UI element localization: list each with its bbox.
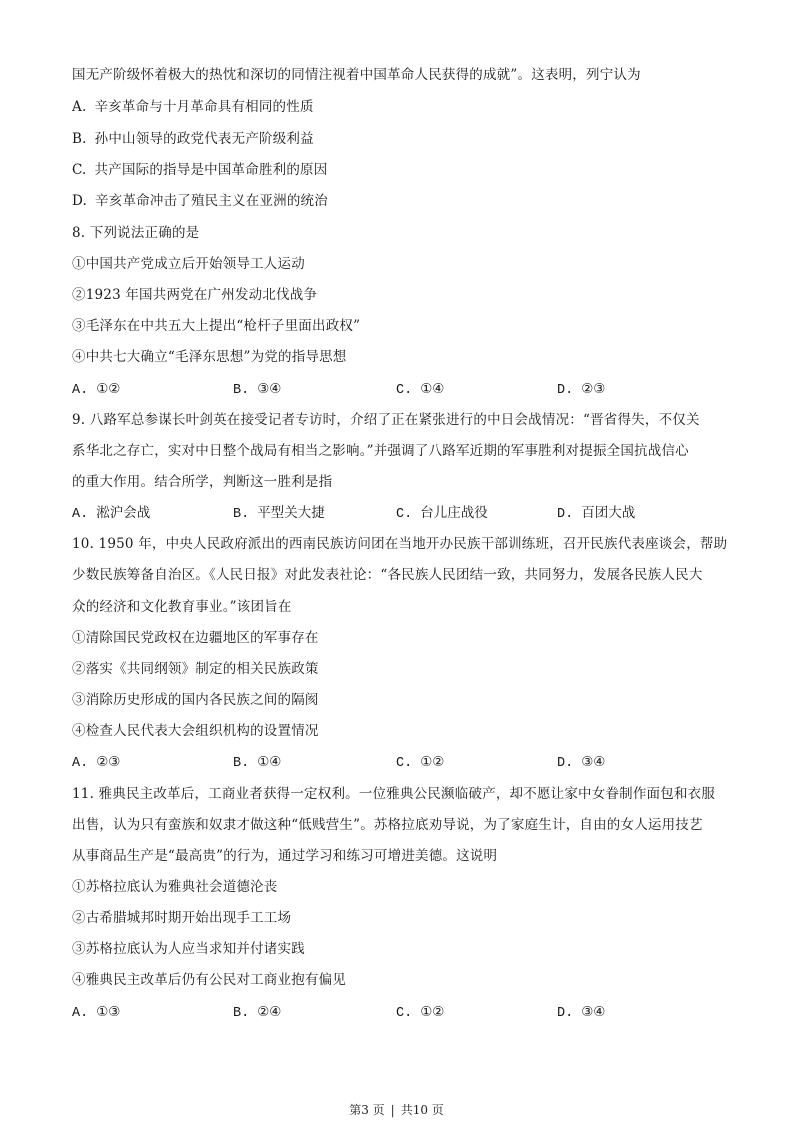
option-label: A. bbox=[72, 756, 88, 771]
q11-item-2: ②古希腊城邦时期开始出现手工工场 bbox=[72, 908, 732, 928]
option-label: B. bbox=[233, 383, 249, 398]
q10-stem-line-3: 众的经济和文化教育事业。”该团旨在 bbox=[72, 597, 732, 617]
q9-options: A.淞沪会战 B.平型关大捷 C.台儿庄战役 D.百团大战 bbox=[72, 503, 732, 523]
option-label: C. bbox=[396, 1006, 412, 1021]
q10-option-c: C.①② bbox=[396, 752, 444, 774]
option-text: 平型关大捷 bbox=[257, 505, 325, 521]
option-text: ③④ bbox=[257, 381, 281, 397]
option-label: D. bbox=[557, 507, 573, 522]
q9-option-d: D.百团大战 bbox=[557, 503, 635, 525]
q10-item-4: ④检查人民代表大会组织机构的设置情况 bbox=[72, 721, 732, 741]
option-label: D. bbox=[557, 756, 573, 771]
option-text: 台儿庄战役 bbox=[420, 505, 488, 521]
option-label: B. bbox=[233, 507, 249, 522]
q10-item-3: ③消除历史形成的国内各民族之间的隔阂 bbox=[72, 690, 732, 710]
page-footer: 第3 页|共10 页 bbox=[0, 1101, 793, 1118]
option-text: ①② bbox=[420, 754, 444, 770]
q11-item-1: ①苏格拉底认为雅典社会道德沦丧 bbox=[72, 877, 732, 897]
q10-option-b: B.①④ bbox=[233, 752, 281, 774]
option-label: B. bbox=[72, 131, 87, 147]
q9-option-b: B.平型关大捷 bbox=[233, 503, 325, 525]
q8-item-4: ④中共七大确立“毛泽东思想”为党的指导思想 bbox=[72, 347, 732, 367]
q11-stem-line-2: 出售，认为只有蛮族和奴隶才做这种“低贱营生”。苏格拉底劝导说，为了家庭生计，自由… bbox=[72, 815, 732, 835]
option-label: A. bbox=[72, 507, 88, 522]
option-label: D. bbox=[557, 383, 573, 398]
option-text: ②③ bbox=[581, 381, 605, 397]
option-text: ③④ bbox=[581, 1004, 605, 1020]
q8-option-a: A.①② bbox=[72, 379, 120, 401]
q11-option-c: C.①② bbox=[396, 1002, 444, 1024]
option-text: ①② bbox=[96, 381, 120, 397]
option-text: ③④ bbox=[581, 754, 605, 770]
option-label: B. bbox=[233, 756, 249, 771]
q8-item-3: ③毛泽东在中共五大上提出“枪杆子里面出政权” bbox=[72, 316, 732, 336]
page-separator: | bbox=[391, 1103, 395, 1117]
q8-item-1: ①中国共产党成立后开始领导工人运动 bbox=[72, 254, 732, 274]
page-total: 共10 页 bbox=[401, 1103, 444, 1117]
option-text: ①③ bbox=[96, 1004, 120, 1020]
option-text: ②④ bbox=[257, 1004, 281, 1020]
q11-options: A.①③ B.②④ C.①② D.③④ bbox=[72, 1002, 732, 1022]
q11-option-a: A.①③ bbox=[72, 1002, 120, 1024]
option-text: 辛亥革命与十月革命具有相同的性质 bbox=[94, 99, 313, 115]
option-text: ①② bbox=[420, 1004, 444, 1020]
q8-item-2: ②1923 年国共两党在广州发动北伐战争 bbox=[72, 285, 732, 305]
q7-stem-end: 国无产阶级怀着极大的热忱和深切的同情注视着中国革命人民获得的成就”。这表明，列宁… bbox=[72, 65, 732, 85]
option-text: 百团大战 bbox=[581, 505, 635, 521]
option-label: C. bbox=[396, 507, 412, 522]
q7-option-b: B.孙中山领导的政党代表无产阶级利益 bbox=[72, 129, 732, 149]
q11-option-d: D.③④ bbox=[557, 1002, 605, 1024]
option-text: ①④ bbox=[257, 754, 281, 770]
q7-option-d: D.辛亥革命冲击了殖民主义在亚洲的统治 bbox=[72, 191, 732, 211]
q10-item-1: ①清除国民党政权在边疆地区的军事存在 bbox=[72, 628, 732, 648]
option-label: B. bbox=[233, 1006, 249, 1021]
option-text: 辛亥革命冲击了殖民主义在亚洲的统治 bbox=[95, 193, 328, 209]
q10-item-2: ②落实《共同纲领》制定的相关民族政策 bbox=[72, 659, 732, 679]
option-label: C. bbox=[396, 756, 412, 771]
q9-stem-line-1: 9. 八路军总参谋长叶剑英在接受记者专访时，介绍了正在紧张进行的中日会战情况：“… bbox=[72, 410, 732, 430]
q11-stem-line-1: 11. 雅典民主改革后，工商业者获得一定权利。一位雅典公民濒临破产，却不愿让家中… bbox=[72, 784, 732, 804]
q9-option-a: A.淞沪会战 bbox=[72, 503, 150, 525]
option-label: C. bbox=[396, 383, 412, 398]
q9-stem-line-2: 系华北之存亡，实对中日整个战局有相当之影响。”并强调了八路军近期的军事胜利对提振… bbox=[72, 441, 732, 461]
q10-stem-line-2: 少数民族筹备自治区。《人民日报》对此发表社论：“各民族人民团结一致，共同努力，发… bbox=[72, 565, 732, 585]
option-text: 共产国际的指导是中国革命胜利的原因 bbox=[95, 162, 328, 178]
q11-stem-line-3: 从事商品生产是“最高贵”的行为，通过学习和练习可增进美德。这说明 bbox=[72, 846, 732, 866]
option-label: A. bbox=[72, 99, 86, 115]
q9-option-c: C.台儿庄战役 bbox=[396, 503, 488, 525]
option-text: ②③ bbox=[96, 754, 120, 770]
q8-option-d: D.②③ bbox=[557, 379, 605, 401]
option-text: 孙中山领导的政党代表无产阶级利益 bbox=[95, 131, 314, 147]
q11-option-b: B.②④ bbox=[233, 1002, 281, 1024]
q11-item-4: ④雅典民主改革后仍有公民对工商业抱有偏见 bbox=[72, 970, 732, 990]
exam-page: 国无产阶级怀着极大的热忱和深切的同情注视着中国革命人民获得的成就”。这表明，列宁… bbox=[0, 0, 793, 1122]
option-label: C. bbox=[72, 162, 87, 178]
q11-item-3: ③苏格拉底认为人应当求知并付诸实践 bbox=[72, 939, 732, 959]
q8-options: A.①② B.③④ C.①④ D.②③ bbox=[72, 379, 732, 399]
option-label: D. bbox=[557, 1006, 573, 1021]
q10-stem-line-1: 10. 1950 年，中央人民政府派出的西南民族访问团在当地开办民族干部训练班，… bbox=[72, 534, 732, 554]
q8-option-b: B.③④ bbox=[233, 379, 281, 401]
option-label: A. bbox=[72, 383, 88, 398]
q9-stem-line-3: 的重大作用。结合所学，判断这一胜利是指 bbox=[72, 472, 732, 492]
q8-stem: 8. 下列说法正确的是 bbox=[72, 223, 732, 243]
q8-option-c: C.①④ bbox=[396, 379, 444, 401]
option-text: ①④ bbox=[420, 381, 444, 397]
page-current: 第3 页 bbox=[349, 1103, 384, 1117]
q7-option-a: A.辛亥革命与十月革命具有相同的性质 bbox=[72, 97, 732, 117]
option-label: D. bbox=[72, 193, 87, 209]
q10-options: A.②③ B.①④ C.①② D.③④ bbox=[72, 752, 732, 772]
q10-option-d: D.③④ bbox=[557, 752, 605, 774]
option-text: 淞沪会战 bbox=[96, 505, 150, 521]
q10-option-a: A.②③ bbox=[72, 752, 120, 774]
q7-option-c: C.共产国际的指导是中国革命胜利的原因 bbox=[72, 160, 732, 180]
option-label: A. bbox=[72, 1006, 88, 1021]
